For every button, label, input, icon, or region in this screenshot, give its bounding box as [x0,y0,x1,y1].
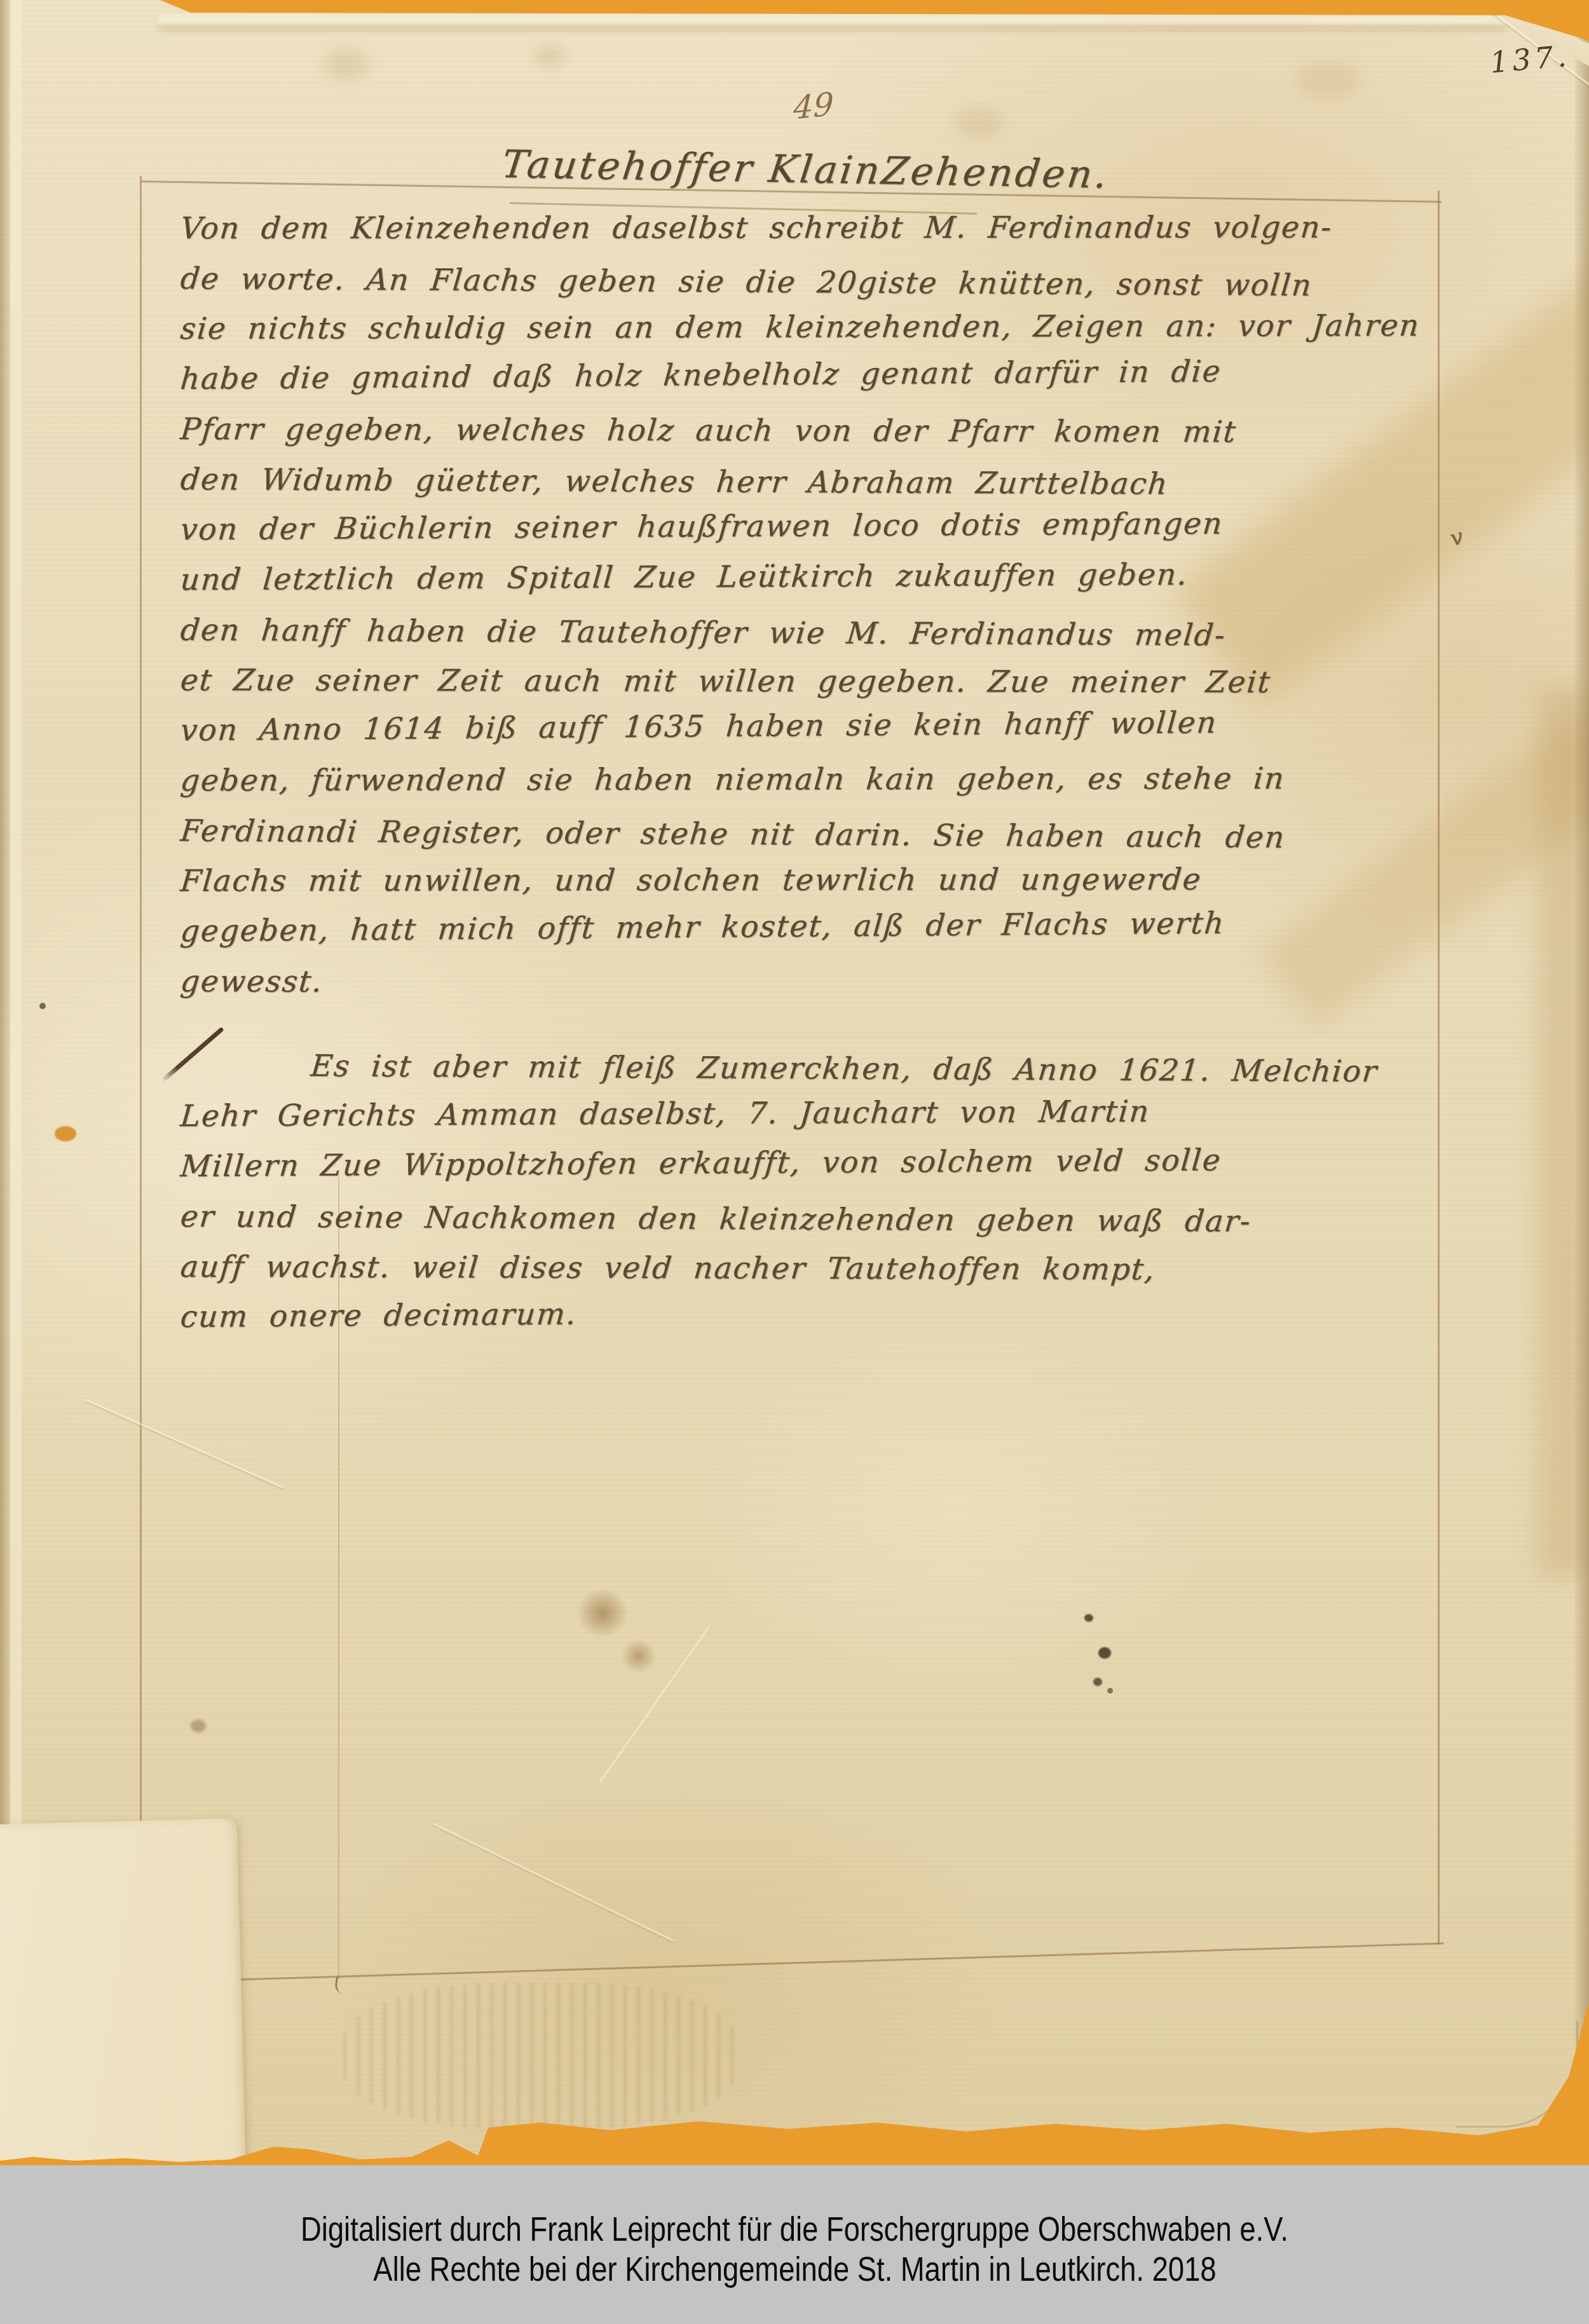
manuscript-line-text: Es ist aber mit fleiß Zumerckhen, daß An… [309,1049,1379,1089]
manuscript-line-text: auff wachst. weil dises veld nacher Taut… [179,1249,1157,1287]
manuscript-text-block: Von dem Kleinzehenden daselbst schreibt … [180,211,1457,1350]
manuscript-line: auff wachst. weil dises veld nacher Taut… [180,1249,1457,1300]
top-page-edge-shadow [159,25,1506,32]
manuscript-line-text: Flachs mit unwillen, und solchen tewrlic… [179,862,1203,899]
scanned-page-view: 137. 49 Tautehoffer KlainZehenden. Von d… [0,0,1589,2324]
manuscript-line-text: cum onere decimarum. [179,1297,578,1335]
page-number: 49 [793,85,834,126]
manuscript-line: von Anno 1614 biß auff 1635 haben sie ke… [180,713,1457,763]
top-page-edge-highlight [159,14,1506,24]
manuscript-line: Lehr Gerichts Amman daselbst, 7. Jauchar… [180,1099,1457,1149]
manuscript-line-text: gewesst. [179,964,325,999]
paragraph-1: Von dem Kleinzehenden daselbst schreibt … [180,211,1457,1014]
manuscript-line: den hanff haben die Tautehoffer wie M. F… [180,613,1457,663]
corner-crease-arc [1456,2021,1578,2128]
manuscript-line-text: den hanff haben die Tautehoffer wie M. F… [179,613,1227,653]
manuscript-line-text: geben, fürwendend sie haben niemaln kain… [179,761,1286,798]
manuscript-line: er und seine Nachkomen den kleinzehenden… [180,1199,1457,1249]
manuscript-line: und letztlich dem Spitall Zue Leütkirch … [180,562,1457,613]
manuscript-line: et Zue seiner Zeit auch mit willen gegeb… [180,663,1457,713]
manuscript-line: de worte. An Flachs geben sie die 20gist… [180,261,1457,311]
manuscript-line: Pfarr gegeben, welches holz auch von der… [180,412,1457,462]
manuscript-line-text: sie nichts schuldig sein an dem kleinzeh… [179,308,1422,346]
crease-line [85,1399,283,1488]
caption-bar: Digitalisiert durch Frank Leiprecht für … [0,2165,1589,2324]
manuscript-line-text: Von dem Kleinzehenden daselbst schreibt … [179,210,1334,246]
manuscript-line: gegeben, hatt mich offt mehr kostet, alß… [180,914,1457,964]
manuscript-line: Von dem Kleinzehenden daselbst schreibt … [180,211,1457,261]
crease-line [599,1626,711,1783]
manuscript-line: Flachs mit unwillen, und solchen tewrlic… [180,864,1457,914]
caption-line-1: Digitalisiert durch Frank Leiprecht für … [301,2210,1288,2250]
manuscript-page: 137. 49 Tautehoffer KlainZehenden. Von d… [0,0,1589,2165]
ink-dot [1093,1678,1102,1686]
manuscript-line: von der Büchlerin seiner haußfrawen loco… [180,512,1457,562]
faint-stain [534,44,566,67]
manuscript-line-text: et Zue seiner Zeit auch mit willen gegeb… [179,663,1272,700]
manuscript-line: habe die gmaind daß holz knebelholz gena… [180,362,1457,412]
manuscript-line-text: und letztlich dem Spitall Zue Leütkirch … [179,557,1190,597]
manuscript-line: den Widumb güetter, welches herr Abraham… [180,462,1457,512]
manuscript-line: sie nichts schuldig sein an dem kleinzeh… [180,311,1457,362]
stain-right-edge-band [1538,686,1589,1576]
manuscript-line-text: gegeben, hatt mich offt mehr kostet, alß… [179,906,1226,949]
ruling-hook [334,1977,348,1995]
manuscript-line-text: Millern Zue Wippoltzhofen erkaufft, von … [179,1143,1223,1184]
manuscript-line: geben, fürwendend sie haben niemaln kain… [180,763,1457,813]
left-page-edge-highlight [10,0,22,2165]
paper-patch [0,1818,246,2180]
manuscript-line-text: Pfarr gegeben, welches holz auch von der… [179,412,1239,449]
manuscript-line: Ferdinandi Register, oder stehe nit dari… [180,813,1457,864]
faint-stain [324,50,369,80]
paragraph-2: Es ist aber mit fleiß Zumerckhen, daß An… [180,1049,1457,1350]
stain-blotch [620,1640,658,1673]
faint-stain [1297,61,1360,99]
frame-line-bottom [230,1943,1443,1981]
orange-spot [55,1126,76,1141]
left-page-edge-shadow [0,0,10,2165]
manuscript-line-text: habe die gmaind daß holz knebelholz gena… [179,354,1223,397]
right-page-edge-shadow [1575,38,1589,2135]
ink-dot [1098,1647,1111,1659]
crease-line [433,1823,674,1941]
caption-line-2: Alle Rechte bei der Kirchengemeinde St. … [373,2250,1216,2290]
stain-spot [191,1720,206,1732]
dark-dot [39,1003,46,1009]
manuscript-line-text: de worte. An Flachs geben sie die 20gist… [179,261,1314,303]
manuscript-line-text: er und seine Nachkomen den kleinzehenden… [179,1199,1253,1239]
manuscript-line-text: Lehr Gerichts Amman daselbst, 7. Jauchar… [179,1094,1152,1134]
folio-number: 137. [1489,39,1572,80]
stain-blotch [575,1589,630,1637]
manuscript-line: cum onere decimarum. [180,1300,1457,1350]
manuscript-line: gewesst. [180,964,1457,1014]
faint-stain [953,107,1004,139]
ink-dot [1084,1614,1093,1622]
frame-line-left [140,176,142,1886]
stain-bottom-streaks [343,1983,737,2129]
manuscript-line-text: Ferdinandi Register, oder stehe nit dari… [179,813,1286,855]
manuscript-line: Millern Zue Wippoltzhofen erkaufft, von … [180,1149,1457,1199]
manuscript-line-text: von der Büchlerin seiner haußfrawen loco… [179,506,1225,547]
ink-dot [1107,1688,1113,1694]
manuscript-line-text: den Widumb güetter, welches herr Abraham… [179,462,1170,501]
manuscript-line: Es ist aber mit fleiß Zumerckhen, daß An… [180,1049,1457,1099]
manuscript-line-text: von Anno 1614 biß auff 1635 haben sie ke… [179,705,1219,748]
